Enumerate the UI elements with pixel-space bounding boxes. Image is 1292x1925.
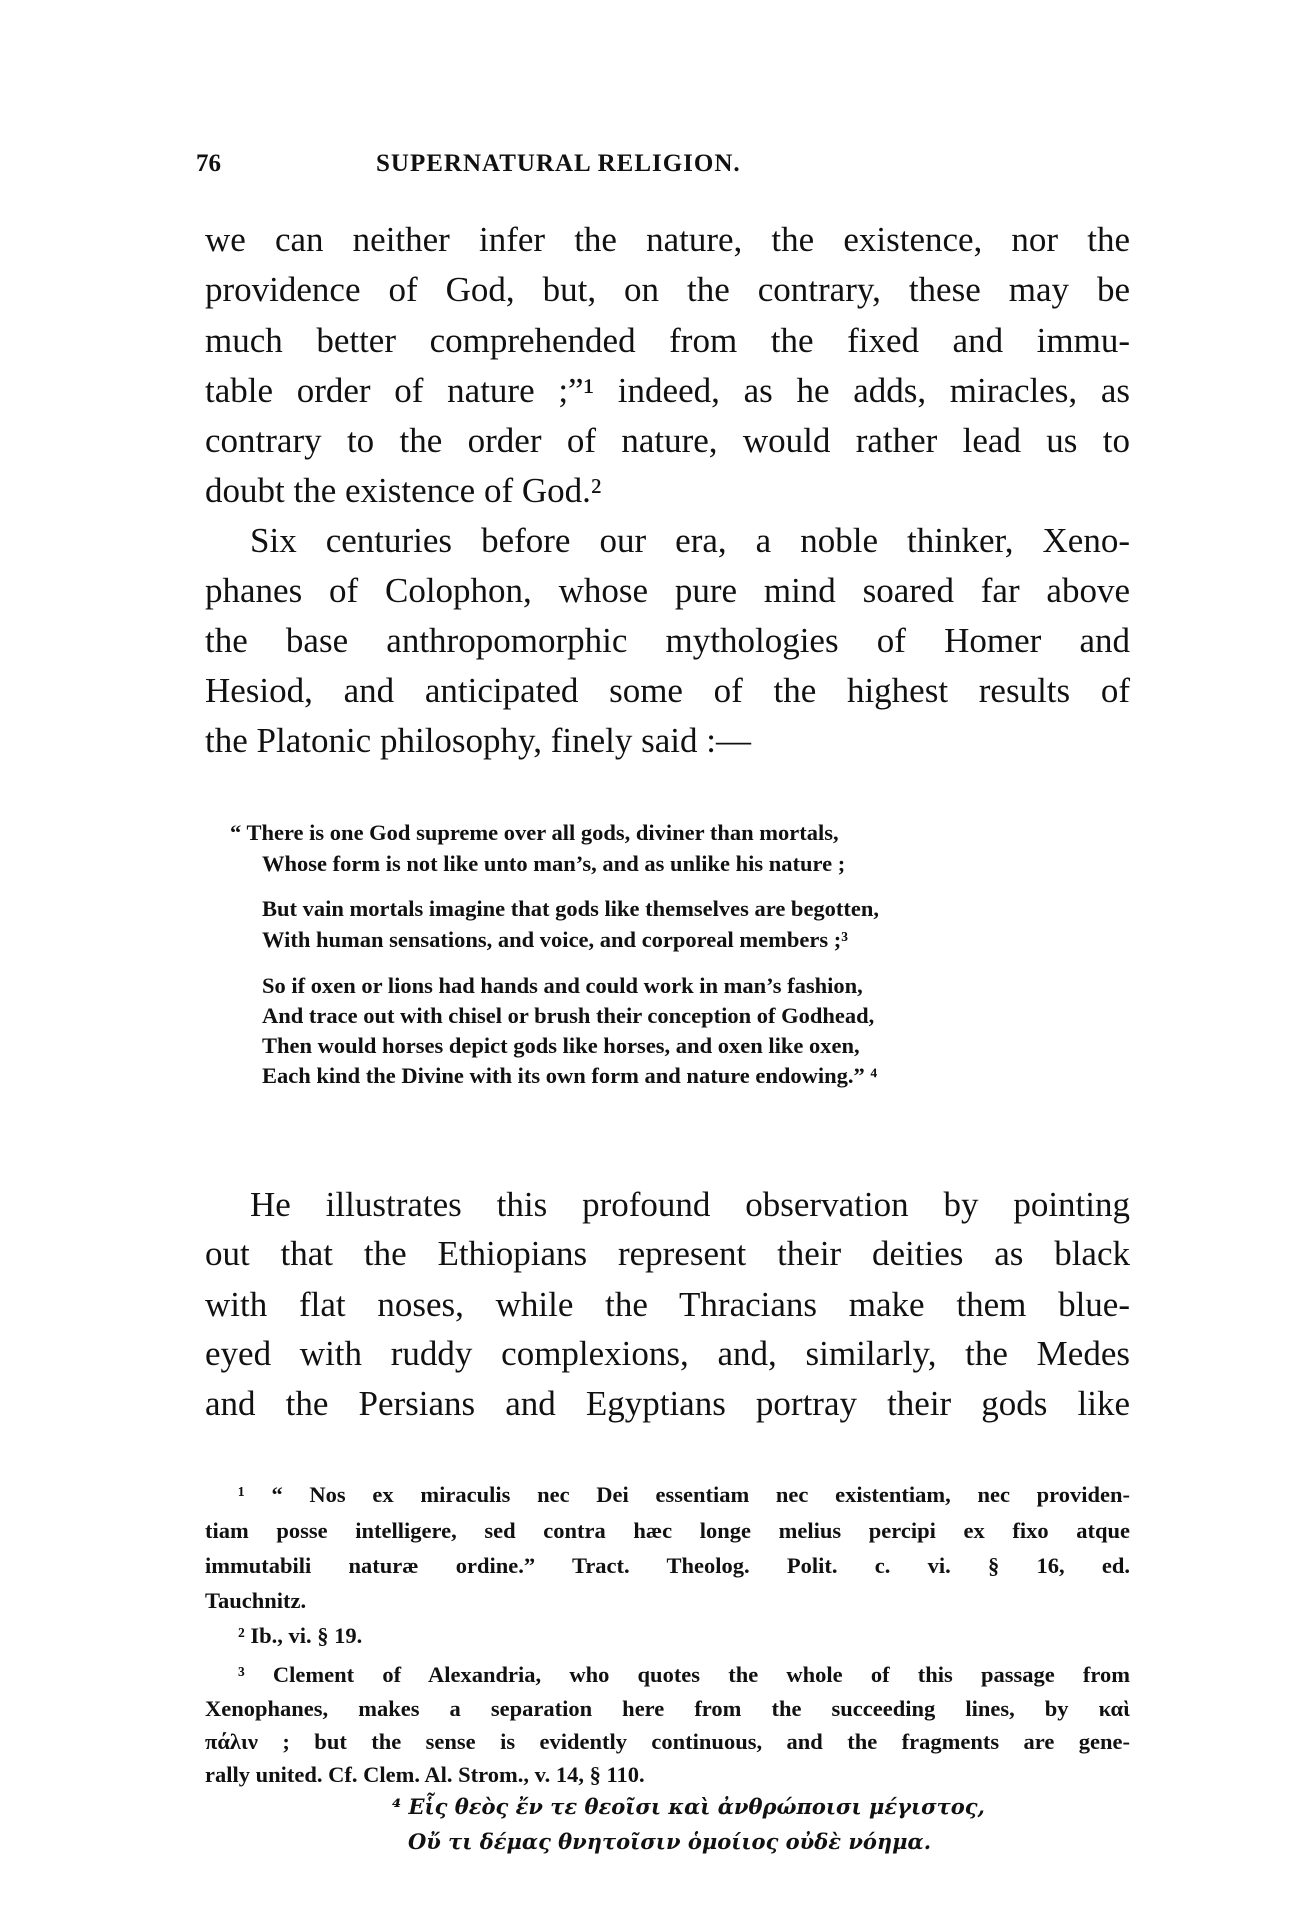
text-line: He illustrates this profound observation… <box>250 1187 1130 1229</box>
verse-line: And trace out with chisel or brush their… <box>262 1005 874 1033</box>
footnote-line: πάλιν ; but the sense is evidently conti… <box>205 1731 1130 1759</box>
text-line: out that the Ethiopians represent their … <box>205 1236 1130 1278</box>
footnote-line: ¹ “ Nos ex miraculis nec Dei essentiam n… <box>238 1484 1130 1512</box>
verse-line: But vain mortals imagine that gods like … <box>262 898 879 926</box>
page-number: 76 <box>196 150 221 178</box>
text-line: contrary to the order of nature, would r… <box>205 423 1130 465</box>
footnote-line: ³ Clement of Alexandria, who quotes the … <box>238 1664 1130 1692</box>
text-line: and the Persians and Egyptians portray t… <box>205 1386 1130 1428</box>
running-title: SUPERNATURAL RELIGION. <box>376 150 741 178</box>
text-line: the base anthropomorphic mythologies of … <box>205 623 1130 665</box>
text-line: much better comprehended from the fixed … <box>205 323 1130 365</box>
text-line: doubt the existence of God.² <box>205 473 1130 515</box>
footnote-line: tiam posse intelligere, sed contra hæc l… <box>205 1520 1130 1548</box>
text-line: the Platonic philosophy, finely said :— <box>205 723 1130 765</box>
verse-line: So if oxen or lions had hands and could … <box>262 975 863 1003</box>
text-line: providence of God, but, on the contrary,… <box>205 272 1130 314</box>
text-line: Six centuries before our era, a noble th… <box>250 523 1130 565</box>
footnote-line: Tauchnitz. <box>205 1590 1130 1618</box>
text-line: table order of nature ;”¹ indeed, as he … <box>205 373 1130 415</box>
footnote-line: immutabili naturæ ordine.” Tract. Theolo… <box>205 1555 1130 1583</box>
verse-line: “ There is one God supreme over all gods… <box>230 822 839 850</box>
verse-line: Each kind the Divine with its own form a… <box>262 1065 877 1093</box>
footnote-line: Xenophanes, makes a separation here from… <box>205 1698 1130 1726</box>
greek-verse-line: Οὔ τι δέμας θνητοῖσιν ὁμοίιος οὐδὲ νόημα… <box>408 1831 931 1859</box>
text-line: phanes of Colophon, whose pure mind soar… <box>205 573 1130 615</box>
footnote-line: ² Ib., vi. § 19. <box>238 1625 1130 1653</box>
text-line: we can neither infer the nature, the exi… <box>205 222 1130 264</box>
verse-line: With human sensations, and voice, and co… <box>262 929 848 957</box>
footnote-line: rally united. Cf. Clem. Al. Strom., v. 1… <box>205 1764 1130 1792</box>
greek-verse-line: ⁴ Εἷς θεὸς ἔν τε θεοῖσι καὶ ἀνθρώποισι μ… <box>392 1796 985 1824</box>
running-head: 76 SUPERNATURAL RELIGION. <box>196 150 1131 186</box>
verse-line: Whose form is not like unto man’s, and a… <box>262 853 845 881</box>
verse-line: Then would horses depict gods like horse… <box>262 1035 860 1063</box>
text-line: eyed with ruddy complexions, and, simila… <box>205 1336 1130 1378</box>
book-page: 76 SUPERNATURAL RELIGION. we can neither… <box>0 0 1292 1925</box>
text-line: with flat noses, while the Thracians mak… <box>205 1287 1130 1329</box>
text-line: Hesiod, and anticipated some of the high… <box>205 673 1130 715</box>
